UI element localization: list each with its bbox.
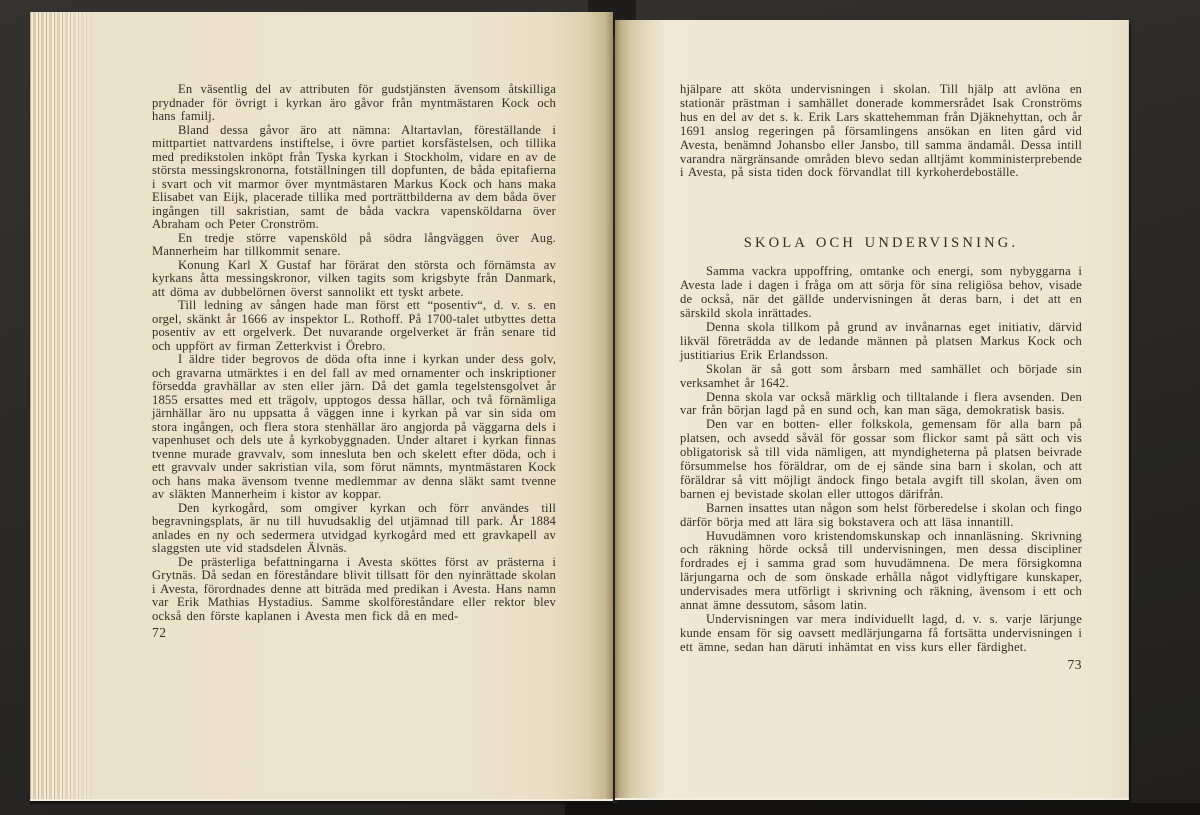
chapter-heading: SKOLA OCH UNDERVISNING. [680,235,1082,252]
paragraph: En tredje större vapensköld på södra lån… [152,232,556,259]
paragraph: Skolan är så gott som årsbarn med samhäl… [680,363,1082,391]
page-number-left: 72 [152,626,556,640]
paragraph: Barnen insattes utan någon som helst för… [680,502,1082,530]
page-left: En väsentlig del av attributen för gudst… [30,12,613,801]
left-paragraphs: En väsentlig del av attributen för gudst… [152,83,556,623]
book-spread-scan: En väsentlig del av attributen för gudst… [0,0,1200,815]
paragraph: Till ledning av sången hade man först et… [152,299,556,353]
paragraph: De prästerliga befattningarna i Avesta s… [152,556,556,624]
paragraph: Samma vackra uppoffring, omtanke och ene… [680,265,1082,321]
paragraph: Bland dessa gåvor äro att nämna: Altarta… [152,124,556,232]
paragraph: Den var en botten- eller folkskola, geme… [680,418,1082,501]
page-right: hjälpare att sköta undervisningen i skol… [615,20,1129,800]
right-paragraphs: Samma vackra uppoffring, omtanke och ene… [680,265,1082,654]
scan-cradle-shadow [565,803,1200,815]
paragraph: Denna skola tillkom på grund av invånarn… [680,321,1082,363]
page-edge-fade [30,12,125,799]
paragraph: Den kyrkogård, som omgiver kyrkan och fö… [152,502,556,556]
paragraph: Konung Karl X Gustaf har förärat den stö… [152,259,556,300]
page-right-text: hjälpare att sköta undervisningen i skol… [680,83,1082,671]
page-left-text: En väsentlig del av attributen för gudst… [152,83,556,640]
paragraph: Undervisningen var mera individuellt lag… [680,613,1082,655]
paragraph: Huvudämnen voro kristendomskunskap och i… [680,530,1082,613]
paragraph: hjälpare att sköta undervisningen i skol… [680,83,1082,180]
paragraph: En väsentlig del av attributen för gudst… [152,83,556,124]
paragraph: I äldre tider begrovos de döda ofta inne… [152,353,556,502]
page-number-right: 73 [680,658,1082,672]
paragraph: Denna skola var också märklig och tillta… [680,391,1082,419]
